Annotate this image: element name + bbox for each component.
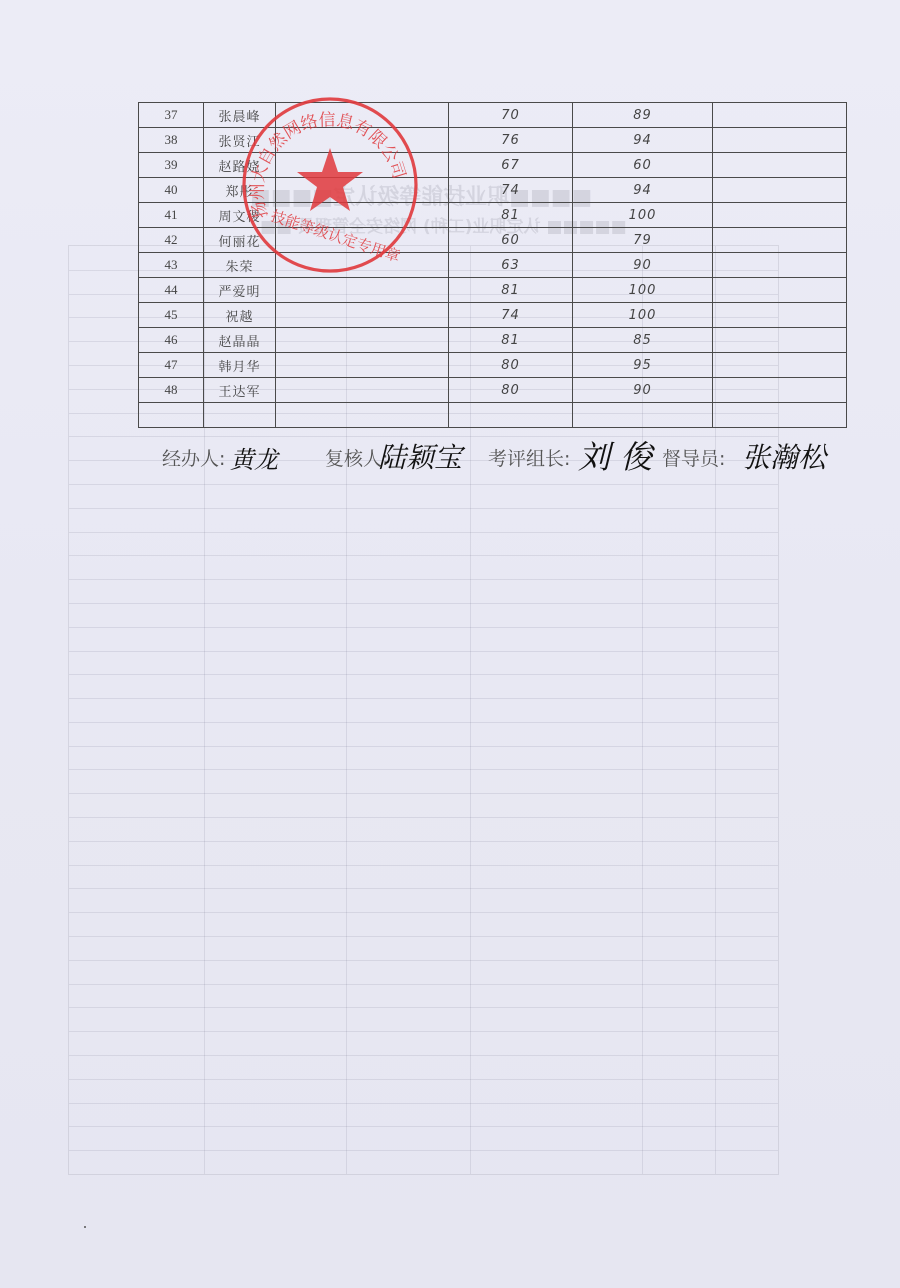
score-b: 100: [573, 278, 713, 303]
row-number: 37: [139, 103, 204, 128]
student-name: 周文稷: [204, 203, 276, 228]
student-name: 赵路娆: [204, 153, 276, 178]
score-b: 94: [573, 128, 713, 153]
score-b: 100: [573, 203, 713, 228]
score-table: 37张晨峰708938张贤江769439赵路娆676040郑彤749441周文稷…: [138, 102, 847, 428]
blank-cell: [276, 128, 449, 153]
remark-cell: [713, 228, 847, 253]
row-number: 38: [139, 128, 204, 153]
blank-cell: [276, 103, 449, 128]
score-a: [449, 403, 573, 428]
row-number: 44: [139, 278, 204, 303]
remark-cell: [713, 303, 847, 328]
signature-row: 经办人: 黄龙 复核人: 陆颖宝 考评组长: 刘 俊 督导员: 张瀚松: [160, 438, 860, 488]
remark-cell: [713, 128, 847, 153]
score-a: 74: [449, 303, 573, 328]
score-a: 81: [449, 203, 573, 228]
student-name: 何丽花: [204, 228, 276, 253]
score-b: 95: [573, 353, 713, 378]
table-row: 48王达军8090: [139, 378, 847, 403]
score-a: 70: [449, 103, 573, 128]
score-b: [573, 403, 713, 428]
blank-cell: [276, 228, 449, 253]
score-b: 90: [573, 253, 713, 278]
score-b: 79: [573, 228, 713, 253]
student-name: 韩月华: [204, 353, 276, 378]
blank-cell: [276, 253, 449, 278]
row-number: 46: [139, 328, 204, 353]
student-name: 张晨峰: [204, 103, 276, 128]
table-row: 39赵路娆6760: [139, 153, 847, 178]
score-a: 81: [449, 278, 573, 303]
score-a: 60: [449, 228, 573, 253]
blank-cell: [276, 403, 449, 428]
remark-cell: [713, 353, 847, 378]
row-number: 41: [139, 203, 204, 228]
score-a: 67: [449, 153, 573, 178]
remark-cell: [713, 153, 847, 178]
student-name: 张贤江: [204, 128, 276, 153]
score-a: 81: [449, 328, 573, 353]
row-number: 47: [139, 353, 204, 378]
student-name: 郑彤: [204, 178, 276, 203]
remark-cell: [713, 403, 847, 428]
blank-cell: [276, 328, 449, 353]
table-row: 43朱荣6390: [139, 253, 847, 278]
score-b: 90: [573, 378, 713, 403]
score-a: 80: [449, 353, 573, 378]
remark-cell: [713, 103, 847, 128]
remark-cell: [713, 203, 847, 228]
blank-cell: [276, 303, 449, 328]
remark-cell: [713, 278, 847, 303]
remark-cell: [713, 253, 847, 278]
row-number: 45: [139, 303, 204, 328]
row-number: 39: [139, 153, 204, 178]
score-b: 89: [573, 103, 713, 128]
table-row: 41周文稷81100: [139, 203, 847, 228]
remark-cell: [713, 178, 847, 203]
score-a: 74: [449, 178, 573, 203]
blank-cell: [276, 203, 449, 228]
remark-cell: [713, 328, 847, 353]
student-name: [204, 403, 276, 428]
row-number: 40: [139, 178, 204, 203]
blank-cell: [276, 278, 449, 303]
table-row: 45祝越74100: [139, 303, 847, 328]
table-row: 47韩月华8095: [139, 353, 847, 378]
score-b: 100: [573, 303, 713, 328]
supervisor-label: 督导员:: [662, 444, 725, 471]
handler-signature: 黄龙: [230, 440, 278, 475]
student-name: 赵晶晶: [204, 328, 276, 353]
row-number: [139, 403, 204, 428]
score-a: 76: [449, 128, 573, 153]
row-number: 42: [139, 228, 204, 253]
row-number: 48: [139, 378, 204, 403]
handler-label: 经办人:: [162, 444, 225, 471]
scan-speck: [84, 1226, 86, 1228]
blank-cell: [276, 353, 449, 378]
score-a: 63: [449, 253, 573, 278]
table-row: 38张贤江7694: [139, 128, 847, 153]
reviewer-signature: 陆颖宝: [378, 436, 462, 476]
student-name: 朱荣: [204, 253, 276, 278]
blank-cell: [276, 378, 449, 403]
table-row: 42何丽花6079: [139, 228, 847, 253]
student-name: 祝越: [204, 303, 276, 328]
student-name: 严爱明: [204, 278, 276, 303]
row-number: 43: [139, 253, 204, 278]
blank-cell: [276, 153, 449, 178]
table-row: 46赵晶晶8185: [139, 328, 847, 353]
table-row: 44严爱明81100: [139, 278, 847, 303]
blank-cell: [276, 178, 449, 203]
score-a: 80: [449, 378, 573, 403]
student-name: 王达军: [204, 378, 276, 403]
supervisor-signature: 张瀚松: [742, 436, 826, 476]
table-row: 37张晨峰7089: [139, 103, 847, 128]
leader-label: 考评组长:: [488, 444, 570, 471]
leader-signature: 刘 俊: [578, 432, 652, 478]
remark-cell: [713, 378, 847, 403]
table-row: 40郑彤7494: [139, 178, 847, 203]
score-b: 94: [573, 178, 713, 203]
score-b: 85: [573, 328, 713, 353]
table-row: [139, 403, 847, 428]
score-b: 60: [573, 153, 713, 178]
